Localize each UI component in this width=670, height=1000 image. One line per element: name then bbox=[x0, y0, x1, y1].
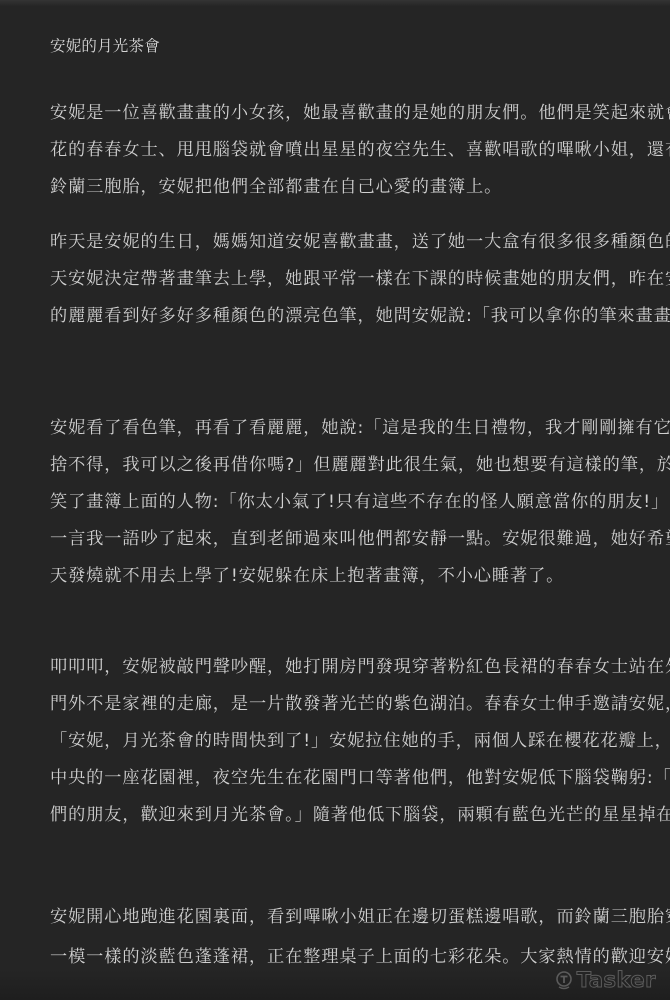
paragraph-line: 們的朋友，歡迎來到月光茶會。」隨著他低下腦袋，兩顆有藍色光芒的星星掉在地上。 bbox=[50, 805, 630, 842]
paragraph-4: 叩叩叩，安妮被敲門聲吵醒，她打開房門發現穿著粉紅色長裙的春春女士站在外面，房 門… bbox=[50, 657, 630, 842]
paragraph-line: 花的春春女士、甩甩腦袋就會噴出星星的夜空先生、喜歡唱歌的嗶啾小姐，還有美麗的 bbox=[50, 140, 630, 177]
paragraph-2: 昨天是安妮的生日，媽媽知道安妮喜歡畫畫，送了她一大盒有很多很多種顏色的筆，今 天… bbox=[50, 232, 630, 343]
paragraph-line: 天安妮決定帶著畫筆去上學，她跟平常一樣在下課的時候畫她的朋友們，昨在安妮隔壁 bbox=[50, 269, 630, 306]
tasker-logo-icon bbox=[554, 970, 574, 990]
paragraph-line: 安妮看了看色筆，再看了看麗麗，她說:「這是我的生日禮物，我才剛剛擁有它，有一點 bbox=[50, 418, 630, 455]
paragraph-line: 天發燒就不用去上學了!安妮躲在床上抱著畫簿，不小心睡著了。 bbox=[50, 566, 630, 603]
paragraph-line: 中央的一座花園裡，夜空先生在花園門口等著他們，他對安妮低下腦袋鞠躬:「安妮，我 bbox=[50, 768, 630, 805]
paragraph-line: 鈴蘭三胞胎，安妮把他們全部都畫在自己心愛的畫簿上。 bbox=[50, 177, 630, 214]
watermark-text: Tasker bbox=[577, 968, 656, 992]
paragraph-line: 笑了畫簿上面的人物:「你太小氣了!只有這些不存在的怪人願意當你的朋友!」兩個人你 bbox=[50, 492, 630, 529]
paragraph-line: 昨天是安妮的生日，媽媽知道安妮喜歡畫畫，送了她一大盒有很多很多種顏色的筆，今 bbox=[50, 232, 630, 269]
paragraph-line: 一言我一語吵了起來，直到老師過來叫他們都安靜一點。安妮很難過，她好希望自己明 bbox=[50, 529, 630, 566]
watermark: Tasker bbox=[554, 968, 656, 992]
paragraph-5: 安妮開心地跑進花園裏面，看到嗶啾小姐正在邊切蛋糕邊唱歌，而鈴蘭三胞胎穿著穿著 一… bbox=[50, 907, 630, 984]
paragraph-line: 捨不得，我可以之後再借你嗎?」但麗麗對此很生氣，她也想要有這樣的筆，於是她嘲 bbox=[50, 455, 630, 492]
paragraph-line: 一模一樣的淡藍色蓬蓬裙，正在整理桌子上面的七彩花朵。大家熱情的歡迎安妮參加月 bbox=[50, 947, 630, 984]
paragraph-line: 的麗麗看到好多好多種顏色的漂亮色筆，她問安妮說:「我可以拿你的筆來畫畫嗎?」 bbox=[50, 306, 630, 343]
story-title: 安妮的月光茶會 bbox=[50, 36, 160, 56]
paragraph-line: 安妮開心地跑進花園裏面，看到嗶啾小姐正在邊切蛋糕邊唱歌，而鈴蘭三胞胎穿著穿著 bbox=[50, 907, 630, 947]
paragraph-line: 「安妮，月光茶會的時間快到了!」安妮拉住她的手，兩個人踩在櫻花花瓣上，走到了湖 bbox=[50, 731, 630, 768]
paragraph-3: 安妮看了看色筆，再看了看麗麗，她說:「這是我的生日禮物，我才剛剛擁有它，有一點 … bbox=[50, 418, 630, 603]
paragraph-1: 安妮是一位喜歡畫畫的小女孩，她最喜歡畫的是她的朋友們。他們是笑起來就會讓樹開 花… bbox=[50, 103, 630, 214]
paragraph-line: 門外不是家裡的走廊，是一片散發著光芒的紫色湖泊。春春女士伸手邀請安妮，她說: bbox=[50, 694, 630, 731]
top-edge-bar bbox=[0, 0, 670, 6]
paragraph-line: 叩叩叩，安妮被敲門聲吵醒，她打開房門發現穿著粉紅色長裙的春春女士站在外面，房 bbox=[50, 657, 630, 694]
paragraph-line: 安妮是一位喜歡畫畫的小女孩，她最喜歡畫的是她的朋友們。他們是笑起來就會讓樹開 bbox=[50, 103, 630, 140]
